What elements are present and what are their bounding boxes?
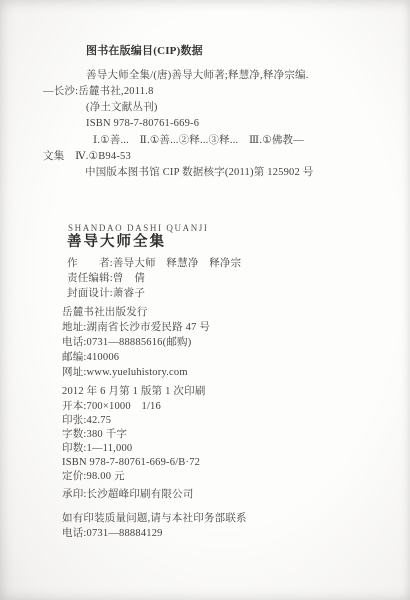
cip-class-line2: 文集 Ⅳ.①B94-53 [43, 150, 131, 163]
book-title: 善导大师全集 [67, 236, 166, 249]
cip-heading: 图书在版编目(CIP)数据 [86, 45, 203, 58]
print-run: 印数:1—11,000 [62, 442, 132, 455]
quality-notice-phone: 电话:0731—88884129 [62, 527, 163, 540]
copyright-page: 图书在版编目(CIP)数据 善导大师全集/(唐)善导大师著;释慧净,释净宗编. … [0, 0, 410, 600]
print-edition: 2012 年 6 月第 1 版第 1 次印刷 [62, 385, 206, 398]
credit-author: 作 者:善导大师 释慧净 释净宗 [67, 257, 241, 270]
publisher-name: 岳麓书社出版发行 [62, 306, 148, 319]
publisher-website: 网址:www.yueluhistory.com [62, 366, 188, 379]
quality-notice: 如有印装质量问题,请与本社印务部联系 [62, 512, 247, 525]
cip-isbn: ISBN 978-7-80761-669-6 [86, 117, 199, 130]
publisher-postcode: 邮编:410006 [62, 351, 119, 364]
cip-series-note: (净土文献丛刊) [86, 101, 158, 114]
publisher-address: 地址:湖南省长沙市爱民路 47 号 [62, 321, 210, 334]
cip-record-number: 中国版本图书馆 CIP 数据核字(2011)第 125902 号 [85, 166, 313, 179]
print-sheets: 印张:42.75 [62, 414, 111, 427]
printer-company: 承印:长沙超峰印刷有限公司 [62, 488, 194, 501]
credit-editor: 责任编辑:曾 倩 [67, 272, 145, 285]
cip-entry-line1: 善导大师全集/(唐)善导大师著;释慧净,释净宗编. [86, 69, 309, 82]
print-wordcount: 字数:380 千字 [62, 428, 127, 441]
credit-cover-designer: 封面设计:萧睿子 [67, 287, 145, 300]
print-price: 定价:98.00 元 [62, 470, 125, 483]
publisher-phone: 电话:0731—88885616(邮购) [62, 336, 191, 349]
cip-class-line1: Ⅰ.①善... Ⅱ.①善...②释...③释... Ⅲ.①佛教— [93, 134, 304, 147]
cip-entry-line2: —长沙:岳麓书社,2011.8 [43, 85, 154, 98]
print-isbn: ISBN 978-7-80761-669-6/B·72 [62, 456, 200, 469]
print-format: 开本:700×1000 1/16 [62, 400, 161, 413]
